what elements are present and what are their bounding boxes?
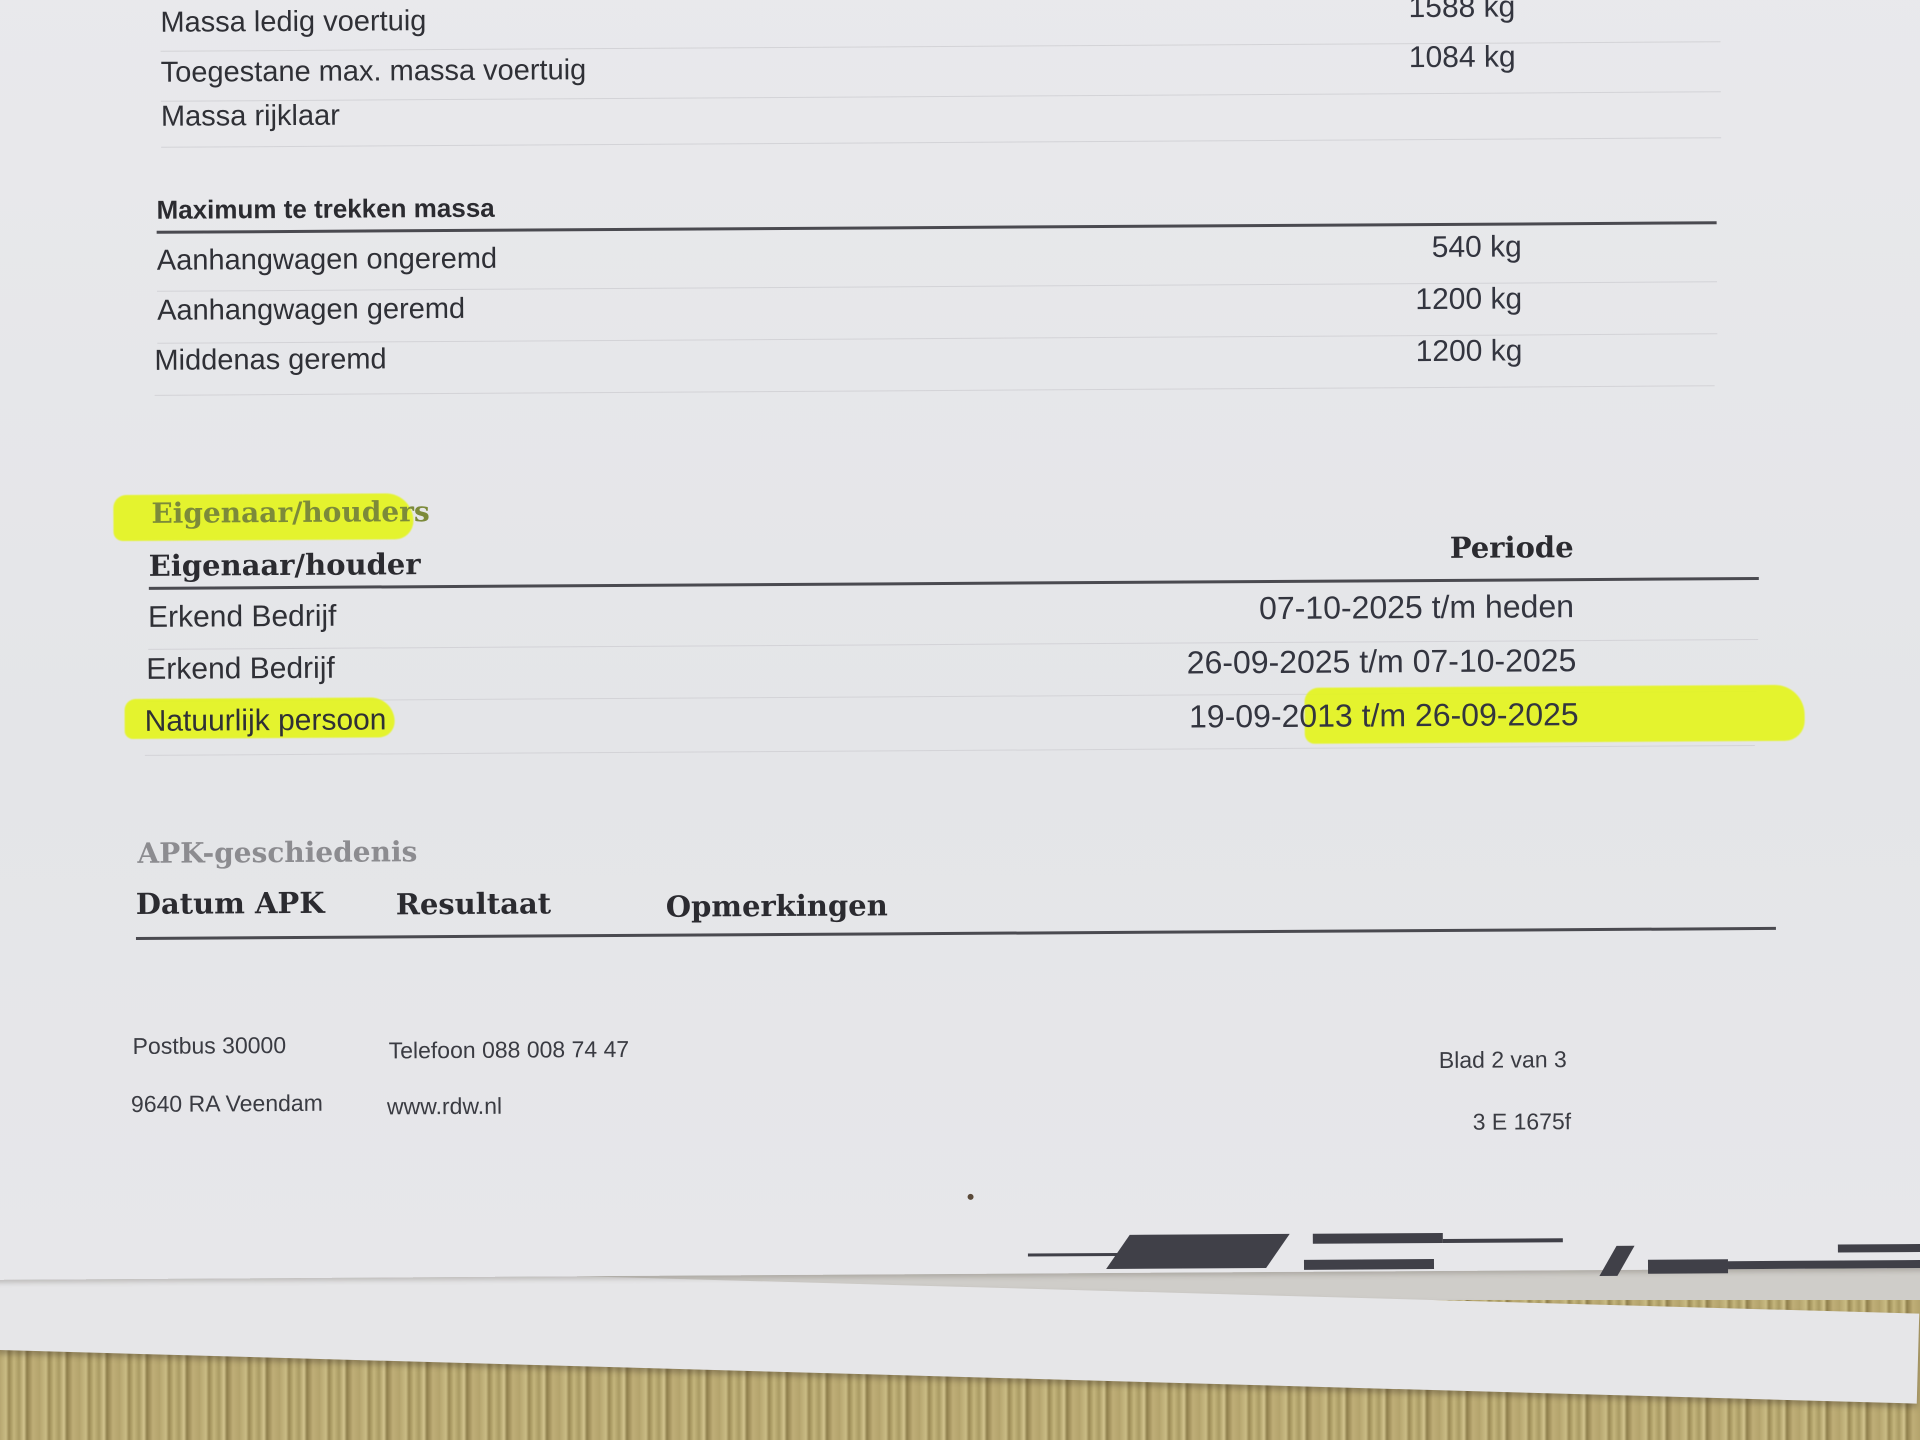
owner-column-header: Eigenaar/houder	[149, 547, 421, 583]
towing-label: Middenas geremd	[154, 343, 386, 377]
towing-label: Aanhangwagen geremd	[157, 293, 465, 328]
footer-address-line1: Postbus 30000	[133, 1032, 287, 1060]
mass-value: 1588 kg	[1408, 0, 1515, 25]
period-cell-highlighted: 19-09-2013 t/m 26-09-2025	[1189, 696, 1579, 735]
footer-address-line2: 9640 RA Veendam	[131, 1090, 323, 1118]
owners-section-title: Eigenaar/houders	[151, 495, 429, 530]
footer-page-number: Blad 2 van 3	[1439, 1046, 1567, 1074]
mass-label: Toegestane max. massa voertuig	[161, 54, 587, 90]
towing-label: Aanhangwagen ongeremd	[157, 243, 497, 278]
mass-label: Massa ledig voertuig	[160, 5, 426, 40]
footer-phone: Telefoon 088 008 74 47	[389, 1036, 630, 1064]
owner-cell-highlighted: Natuurlijk persoon	[145, 703, 387, 738]
mass-label: Massa rijklaar	[161, 100, 340, 134]
row-separator	[161, 137, 1721, 148]
apk-section-title: APK-geschiedenis	[137, 835, 417, 870]
apk-date-column-header: Datum APK	[136, 886, 325, 921]
mass-value: 1084 kg	[1409, 40, 1516, 75]
apk-remarks-column-header: Opmerkingen	[666, 888, 888, 923]
row-separator	[161, 91, 1721, 102]
footer-document-code: 3 E 1675f	[1473, 1108, 1572, 1136]
header-rule	[136, 927, 1776, 940]
owner-cell: Erkend Bedrijf	[148, 600, 337, 635]
towing-value: 540 kg	[1432, 230, 1522, 265]
footer-website: www.rdw.nl	[387, 1093, 502, 1121]
period-column-header: Periode	[1450, 530, 1574, 565]
row-separator	[145, 745, 1755, 756]
period-cell: 26-09-2025 t/m 07-10-2025	[1187, 642, 1577, 681]
owner-cell: Erkend Bedrijf	[146, 652, 335, 687]
document-page: Massa ledig voertuig 1588 kg Toegestane …	[0, 0, 1920, 1280]
apk-result-column-header: Resultaat	[396, 886, 552, 921]
period-cell: 07-10-2025 t/m heden	[1259, 588, 1574, 627]
towing-value: 1200 kg	[1416, 334, 1523, 369]
towing-value: 1200 kg	[1415, 282, 1522, 317]
row-separator	[155, 385, 1715, 396]
paper-speck	[968, 1194, 974, 1200]
towing-heading: Maximum te trekken massa	[156, 193, 494, 226]
